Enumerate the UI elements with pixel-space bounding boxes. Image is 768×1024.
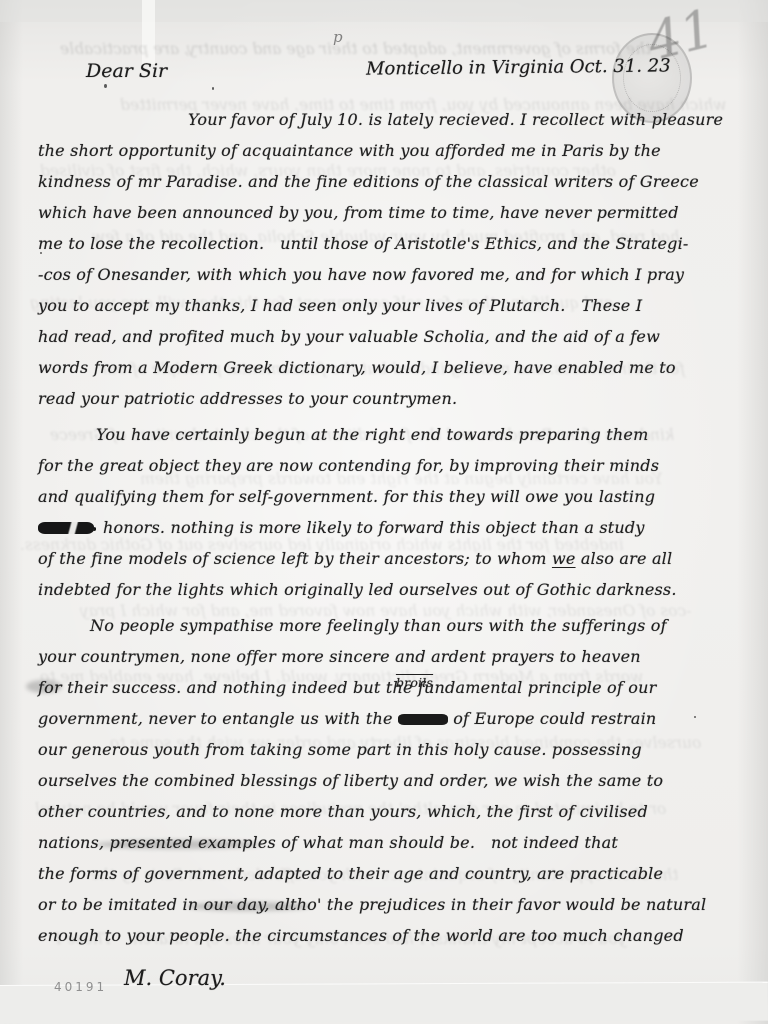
letter-line-text: other countries, and to none more than y…: [38, 802, 648, 821]
letter-line: you to accept my thanks, I had seen only…: [38, 290, 744, 321]
letter-line-text: had read, and profited much by your valu…: [38, 327, 660, 346]
ink-speck: [212, 87, 214, 90]
letter-line: ourselves the combined blessings of libe…: [38, 765, 744, 796]
catalog-number-stamp: 40191: [54, 980, 107, 994]
letter-line-text: your countrymen, none offer more sincere…: [38, 647, 641, 666]
letter-line-text: or to be imitated in our day, altho' the…: [38, 895, 706, 914]
letter-line-text: -cos of Onesander, with which you have n…: [38, 265, 684, 284]
letter-line-text: nations, presented examples of what man …: [38, 833, 618, 852]
struck-out-word: [398, 714, 448, 725]
addressee-name: M. Coray.: [124, 966, 226, 990]
letter-line: No people sympathise more feelingly than…: [90, 610, 744, 641]
letter-line: and qualifying them for self-government.…: [38, 481, 744, 512]
letter-line-text: enough to your people. the circumstances…: [38, 926, 684, 945]
letter-line: read your patriotic addresses to your co…: [38, 383, 744, 414]
letter-line: enough to your people. the circumstances…: [38, 920, 744, 951]
salutation: Dear Sir: [86, 60, 167, 82]
letter-line: You have certainly begun at the right en…: [96, 419, 744, 450]
letter-line-text: me to lose the recollection. until those…: [38, 234, 689, 253]
letter-line-text: honors. nothing is more likely to forwar…: [103, 518, 645, 537]
letter-line-text: Your favor of July 10. is lately recieve…: [188, 110, 723, 129]
ink-speck: [104, 84, 107, 88]
letter-line: nations, presented examples of what man …: [38, 827, 744, 858]
letter-line: your countrymen, none offer more sincere…: [38, 641, 744, 672]
letter-line-text: and qualifying them for self-government.…: [38, 487, 655, 506]
letter-line-text: read your patriotic addresses to your co…: [38, 389, 457, 408]
letter-line-text: indebted for the lights which originally…: [38, 580, 677, 599]
scan-bottom-strip: [0, 982, 768, 1024]
letter-line: of the fine models of science left by th…: [38, 543, 744, 574]
letter-line: other countries, and to none more than y…: [38, 796, 744, 827]
letter-line: which have been announced by you, from t…: [38, 197, 744, 228]
letter-line: the forms of government, adapted to thei…: [38, 858, 744, 889]
letter-line: for their success. and nothing indeed bu…: [38, 672, 744, 703]
letter-line-text: also are all: [576, 549, 673, 568]
ink-blot: [38, 522, 94, 534]
letter-line: had read, and profited much by your valu…: [38, 321, 744, 352]
letter-line-text: of the fine models of science left by th…: [38, 549, 552, 568]
letter-line: for the great object they are now conten…: [38, 450, 744, 481]
letter-line: indebted for the lights which originally…: [38, 574, 744, 605]
letter-line-text: you to accept my thanks, I had seen only…: [38, 296, 642, 315]
page-mark: p: [333, 28, 343, 46]
letter-line-text: ourselves the combined blessings of libe…: [38, 771, 663, 790]
letter-line: our generous youth from taking some part…: [38, 734, 744, 765]
letter-line-text: You have certainly begun at the right en…: [96, 425, 648, 444]
letter-scan-page: the forms of government, adapted to thei…: [0, 0, 768, 1024]
letter-line-text: we: [552, 549, 576, 568]
letter-line-text: of Europe could restrain: [448, 709, 657, 728]
letter-line: honors. nothing is more likely to forwar…: [38, 512, 744, 543]
letter-line-text: government, never to entangle us with th…: [38, 709, 398, 728]
letter-line: kindness of mr Paradise. and the fine ed…: [38, 166, 744, 197]
letter-line: the short opportunity of acquaintance wi…: [38, 135, 744, 166]
letter-line-text: our generous youth from taking some part…: [38, 740, 642, 759]
letter-line-text: for the great object they are now conten…: [38, 456, 659, 475]
dateline: Monticello in Virginia Oct. 31. 23: [366, 55, 671, 79]
letter-line-text: the short opportunity of acquaintance wi…: [38, 141, 661, 160]
letter-line: government, never to entangle us with th…: [38, 703, 744, 734]
letter-line: me to lose the recollection. until those…: [38, 228, 744, 259]
letter-line-text: kindness of mr Paradise. and the fine ed…: [38, 172, 699, 191]
letter-line: Your favor of July 10. is lately recieve…: [188, 104, 744, 135]
letter-line-text: for their success. and nothing indeed bu…: [38, 678, 656, 697]
letter-line: or to be imitated in our day, altho' the…: [38, 889, 744, 920]
letter-line-text: the forms of government, adapted to thei…: [38, 864, 663, 883]
letter-line-text: words from a Modern Greek dictionary, wo…: [38, 358, 676, 377]
struck-word-group: broils: [398, 703, 448, 734]
letter-line-text: which have been announced by you, from t…: [38, 203, 679, 222]
paper-fold-mark: [142, 0, 155, 64]
letter-line-text: No people sympathise more feelingly than…: [90, 616, 667, 635]
letter-line: words from a Modern Greek dictionary, wo…: [38, 352, 744, 383]
inserted-word: broils: [396, 677, 433, 689]
letter-line: -cos of Onesander, with which you have n…: [38, 259, 744, 290]
letter-body: Your favor of July 10. is lately recieve…: [38, 99, 744, 951]
